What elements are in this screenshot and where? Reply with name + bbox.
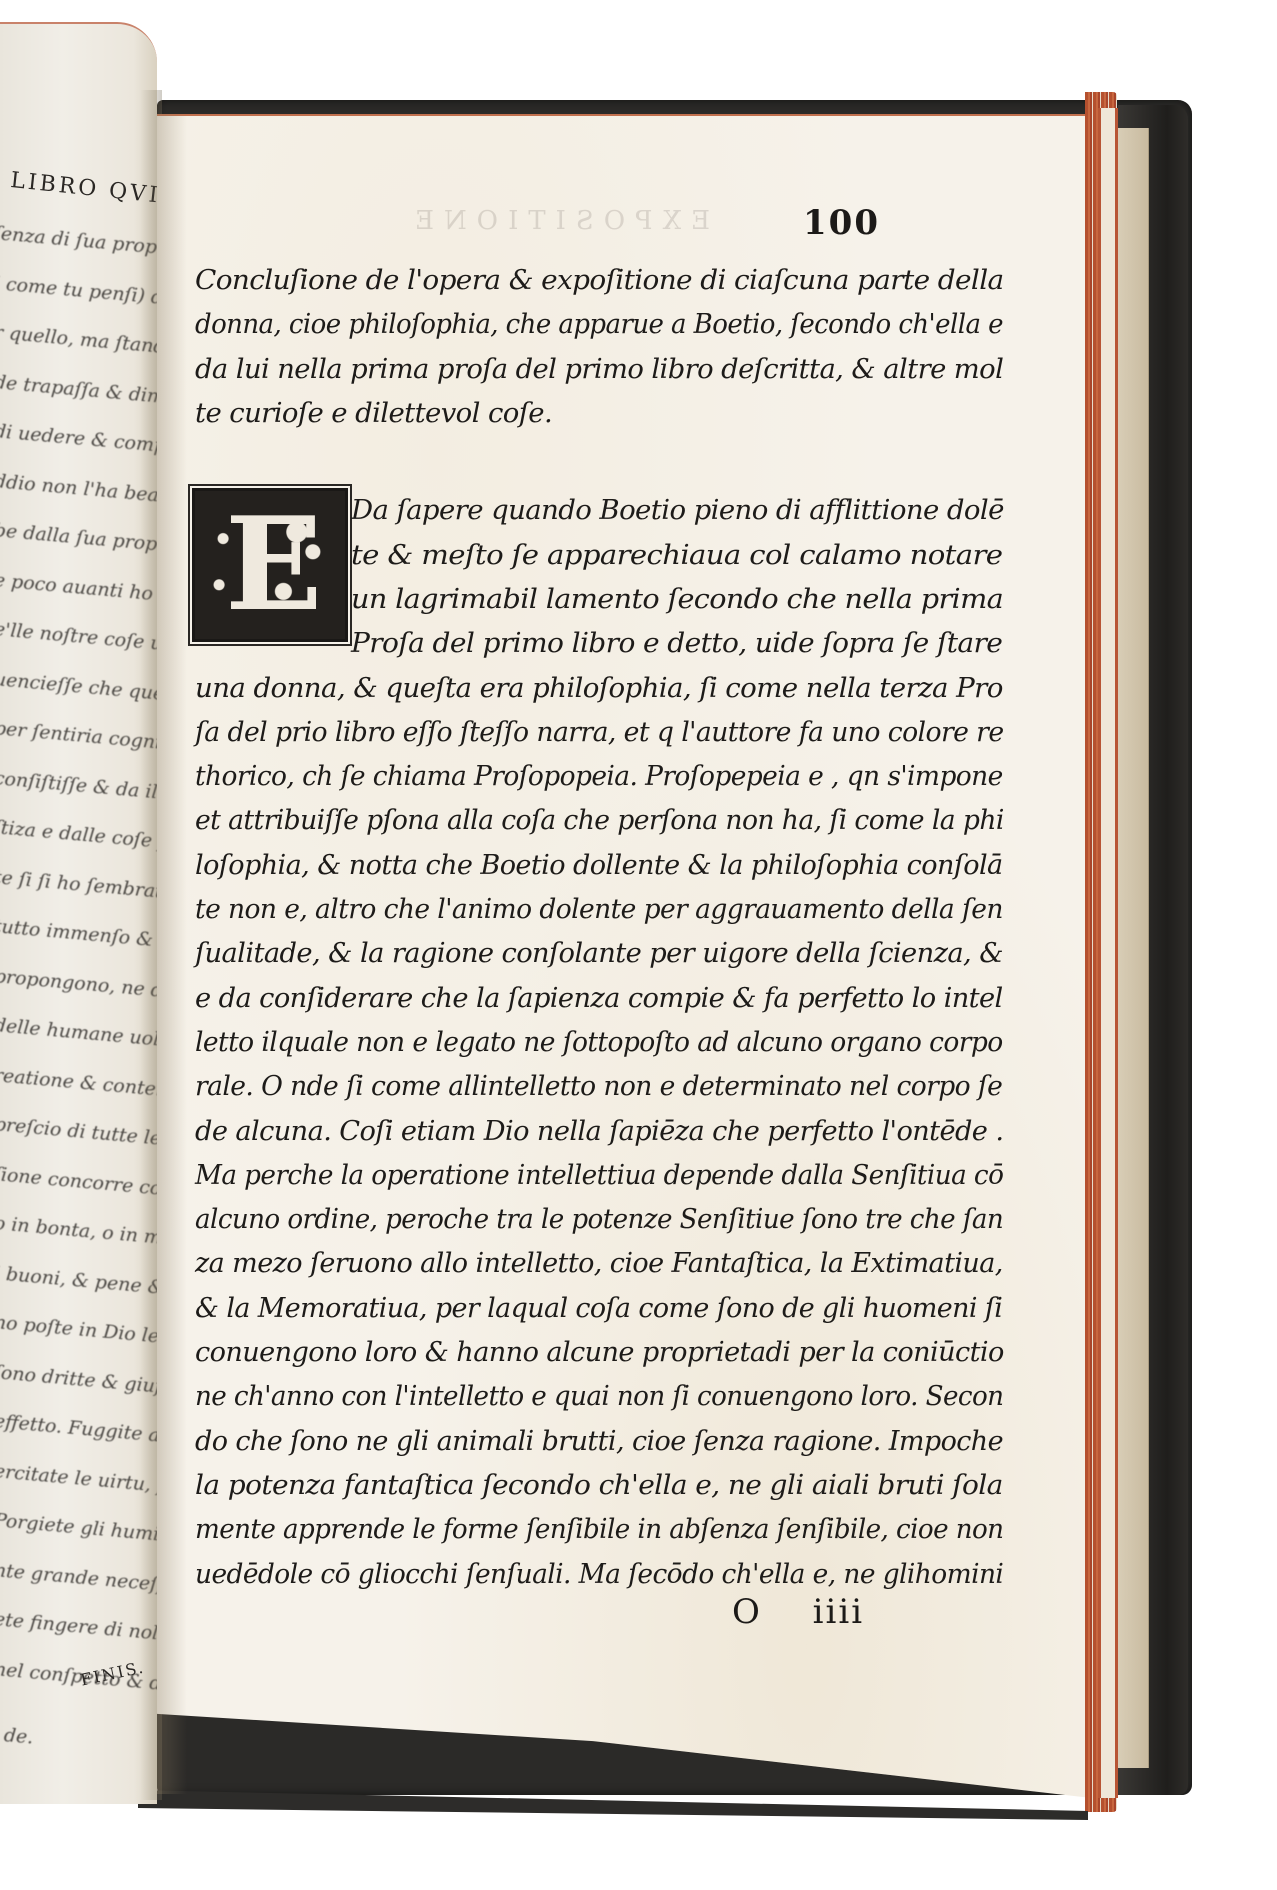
text-line: ſa del prio libro eſſo ſteſſo narra, et … xyxy=(195,710,1004,754)
endpaper xyxy=(1118,128,1149,1768)
left-text-line: ercitate le uirtu, ſollenate & inal xyxy=(0,1460,157,1509)
folio-number: 100 xyxy=(803,203,880,243)
text-line: do che ſono ne gli animali brutti, cioe … xyxy=(195,1419,1003,1463)
text-line: un lagrimabil lamento ſecondo che nella … xyxy=(351,577,1003,621)
left-text-line: te ſi ſi ho ſembrato adunque queſte & ra xyxy=(0,866,157,922)
text-line: e da conſiderare che la ſapienza compie … xyxy=(195,976,1003,1020)
text-line: de alcuna. Coſi etiam Dio nella ſapiēza … xyxy=(195,1109,1003,1153)
left-text-line: ſono dritte & giuſte, non poſſono xyxy=(0,1361,157,1410)
text-line: & la Memoratiua, per laqual coſa come ſo… xyxy=(195,1286,1002,1330)
text-line: donna, cioe philoſophia, che apparue a B… xyxy=(195,302,1003,346)
text-line: te non e, altro che l'animo dolente per … xyxy=(195,887,1003,931)
text-line: da lui nella prima proſa del primo libro… xyxy=(195,347,1003,391)
text-line: ſualitade, & la ragione conſolante per u… xyxy=(195,931,1003,975)
left-text-line: Porgiete gli humili prieghi al xyxy=(0,1509,157,1555)
text-line: Da ſapere quando Boetio pieno di afflitt… xyxy=(351,488,1004,532)
woodcut-initial: E xyxy=(192,488,348,642)
left-text-line: no poſte in Dio le noſtre ſperanze xyxy=(0,1311,157,1361)
signature-mark: O iiii xyxy=(732,1592,864,1632)
show-through-heading: EXPOSITIONE xyxy=(405,206,710,236)
text-line: te curioſe e dilettevol coſe. xyxy=(195,391,552,435)
text-line: una donna, & queſta era philoſophia, ſi … xyxy=(195,666,1003,710)
text-line: uedēdole cō gliocchi ſenſuali. Ma ſecōdo… xyxy=(195,1552,1003,1596)
text-line: ne ch'anno con l'intelletto e quai non ſ… xyxy=(195,1374,1003,1418)
page-block-fore-edge xyxy=(1098,108,1118,1798)
left-text-line: o in bonta, o in malitia, diſpenſando xyxy=(0,1212,157,1264)
left-text-line: tutto immenſo & incorrotto. Et uni xyxy=(0,915,157,966)
text-line: Ma perche la operatione intellettiua dep… xyxy=(195,1153,1003,1197)
left-text-line: i buoni, & pene & ſupplicii agli xyxy=(0,1262,157,1310)
left-text-line: ſtiza e dalle coſe ſtano. Le qual coſe p… xyxy=(0,816,157,871)
left-text-line: delle humane uolonta libere & iſciolte xyxy=(0,1014,157,1068)
text-line: loſophia, & notta che Boetio dollente & … xyxy=(195,843,1003,887)
text-line: te & meſto ſe apparechiaua col calamo no… xyxy=(351,533,1002,577)
left-text-line: propongono, ne donna in giuſtamente xyxy=(0,965,157,1019)
text-line: conuengono loro & hanno alcune proprieta… xyxy=(195,1330,1004,1374)
left-text-line: e poco auanti ho propoſito, eſſer xyxy=(0,569,157,618)
left-text-line: conſiſtiſſe & da il mondo a tutte le coſ… xyxy=(0,767,157,822)
left-text-line: r quello, ma ſtando eſſo uedere xyxy=(0,321,157,369)
text-line: mente apprende le forme ſenſibile in abſ… xyxy=(195,1507,1003,1551)
text-line: za mezo ſeruono allo intelletto, cioe Fa… xyxy=(195,1241,1003,1285)
left-text-line: ete fingere di nol cognoſcere, poi xyxy=(0,1608,157,1658)
left-text-line: nte grande neceſſita di bonta e xyxy=(0,1559,157,1607)
left-text-line: reatione & contemplatione immobile xyxy=(0,1064,157,1117)
text-line: letto ilquale non e legato ne ſottopoſto… xyxy=(195,1020,1003,1064)
left-text-line: ſenza di ſua propria cognitione xyxy=(0,222,157,270)
text-line: et attribuiſſe pſona alla coſa che perſo… xyxy=(195,798,1004,842)
text-line: thorico, ch ſe chiama Proſopopeia. Proſo… xyxy=(195,754,1003,798)
left-running-head: LIBRO QVINTO xyxy=(9,168,157,215)
left-text-line: ddio non l'ha beato dilettatione xyxy=(0,470,157,518)
text-line: Concluſione de l'opera & expoſitione di … xyxy=(195,258,1004,302)
left-text-line: de trapaſſa & dimonia tutte le xyxy=(0,371,157,418)
left-text-line: ſione concorre con le ſiniera qualita xyxy=(0,1163,157,1215)
text-line: rale. O nde ſi come allintelletto non e … xyxy=(195,1064,1002,1108)
initial-letter: E xyxy=(225,495,323,635)
left-text-line: uencieſſe che queſta uirtu & parte xyxy=(0,668,157,719)
left-text-line: di uedere & comprendere tutte xyxy=(0,420,157,468)
left-text-line: e'lle noſtre coſe uentura ſiano xyxy=(0,618,157,665)
left-text-line: per ſentiria cognitione comprendendo xyxy=(0,717,157,771)
text-line: la potenza fantaſtica ſecondo ch'ella e,… xyxy=(195,1463,1003,1507)
left-text-line: effetto. Fuggite adunque & fug xyxy=(0,1410,157,1458)
left-page-verso: LIBRO QVINTO ſenza di ſua propria cognit… xyxy=(0,22,157,1804)
left-last-fragment: de. xyxy=(3,1724,34,1748)
left-text-line: be dalla ſua propria ſimplicita. E dap xyxy=(0,519,157,572)
text-line: alcuno ordine, peroche tra le potenze Se… xyxy=(195,1197,1003,1241)
gutter-shadow xyxy=(157,114,187,1794)
text-line: Proſa del primo libro e detto, uide ſopr… xyxy=(351,621,1002,665)
left-text-line: i come tu penſi) del ſuo conſiſtente xyxy=(0,272,157,323)
left-text-line: preſcio di tutte le coſe, & la ſempre xyxy=(0,1113,157,1165)
